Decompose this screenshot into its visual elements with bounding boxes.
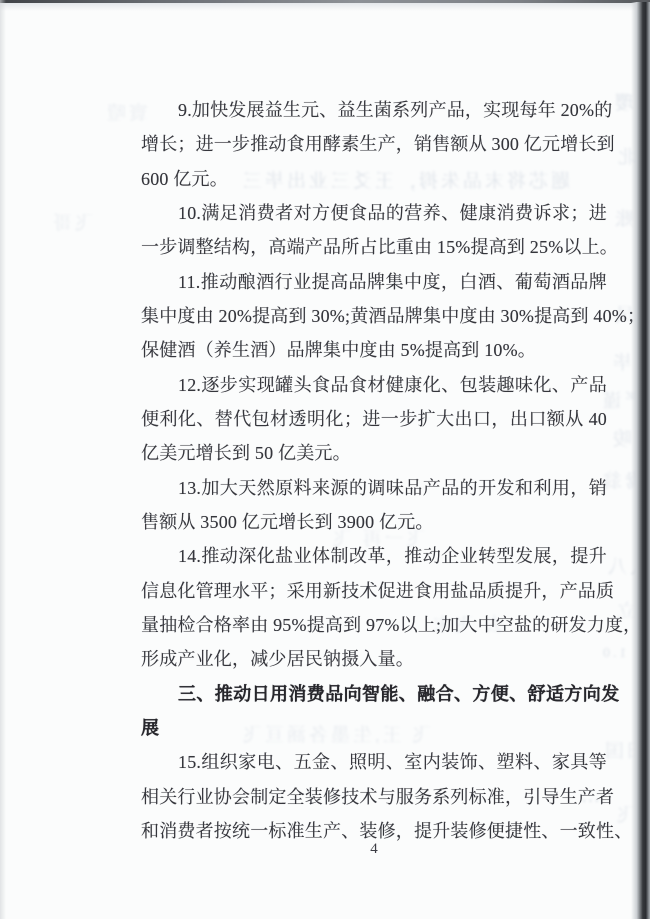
text-line: 集中度由 20%提高到 30%;黄酒品牌集中度由 30%提高到 40%； <box>141 299 607 333</box>
scan-edge-left <box>0 0 6 919</box>
scan-edge-right <box>631 2 650 919</box>
text-line: 相关行业协会制定全装修技术与服务系列标准，引导生产者 <box>141 780 607 814</box>
text-line: 9.加快发展益生元、益生菌系列产品，实现每年 20%的 <box>141 93 607 127</box>
section-heading: 三、推动日用消费品向智能、融合、方便、舒适方向发展 <box>141 677 607 746</box>
paragraph: 11.推动酿酒行业提高品牌集中度，白酒、葡萄酒品牌集中度由 20%提高到 30%… <box>141 265 607 368</box>
page-number: 4 <box>141 841 607 858</box>
text-line: 增长；进一步推动食用酵素生产，销售额从 300 亿元增长到 <box>141 127 607 161</box>
text-line: 三、推动日用消费品向智能、融合、方便、舒适方向发 <box>141 677 607 711</box>
bleed-through-fragment: 唆 <box>610 424 632 451</box>
text-line: 量抽检合格率由 95%提高到 97%以上;加大中空盐的研发力度， <box>141 608 607 642</box>
paragraph: 15.组织家电、五金、照明、室内装饰、塑料、家具等相关行业协会制定全装修技术与服… <box>141 745 607 848</box>
text-line: 14.推动深化盐业体制改革，推动企业转型发展，提升 <box>141 539 607 573</box>
text-line: 保健酒（养生酒）品牌集中度由 5%提高到 10%。 <box>141 333 607 367</box>
text-line: 11.推动酿酒行业提高品牌集中度，白酒、葡萄酒品牌 <box>141 265 607 299</box>
text-line: 600 亿元。 <box>141 162 607 196</box>
text-line: 12.逐步实现罐头食品食材健康化、包装趣味化、产品 <box>141 368 607 402</box>
text-line: 亿美元增长到 50 亿美元。 <box>141 436 607 470</box>
text-line: 15.组织家电、五金、照明、室内装饰、塑料、家具等 <box>141 745 607 779</box>
bleed-through-fragment: 飞哥 <box>50 208 94 235</box>
scan-edge-top-shadow <box>0 3 650 11</box>
paragraph: 12.逐步实现罐头食品食材健康化、包装趣味化、产品便利化、替代包材透明化；进一步… <box>141 368 607 471</box>
text-line: 展 <box>141 711 607 745</box>
paragraph: 10.满足消费者对方便食品的营养、健康消费诉求；进一步调整结构，高端产品所占比重… <box>141 196 607 265</box>
text-block: 9.加快发展益生元、益生菌系列产品，实现每年 20%的增长；进一步推动食用酵素生… <box>141 93 607 848</box>
text-line: 10.满足消费者对方便食品的营养、健康消费诉求；进 <box>141 196 607 230</box>
text-line: 13.加大天然原料来源的调味品产品的开发和利用，销 <box>141 471 607 505</box>
text-line: 信息化管理水平；采用新技术促进食用盐品质提升，产品质 <box>141 574 607 608</box>
paragraph: 13.加大天然原料来源的调味品产品的开发和利用，销售额从 3500 亿元增长到 … <box>141 471 607 540</box>
text-line: 售额从 3500 亿元增长到 3900 亿元。 <box>141 505 607 539</box>
text-line: 一步调整结构，高端产品所占比重由 15%提高到 25%以上。 <box>141 230 607 264</box>
paragraph: 9.加快发展益生元、益生菌系列产品，实现每年 20%的增长；进一步推动食用酵素生… <box>141 93 607 196</box>
bleed-through-fragment: 毕 <box>610 348 632 375</box>
text-line: 便利化、替代包材透明化；进一步扩大出口，出口额从 40 <box>141 402 607 436</box>
text-line: 形成产业化，减少居民钠摄入量。 <box>141 642 607 676</box>
paragraph: 14.推动深化盐业体制改革，推动企业转型发展，提升信息化管理水平；采用新技术促进… <box>141 539 607 676</box>
